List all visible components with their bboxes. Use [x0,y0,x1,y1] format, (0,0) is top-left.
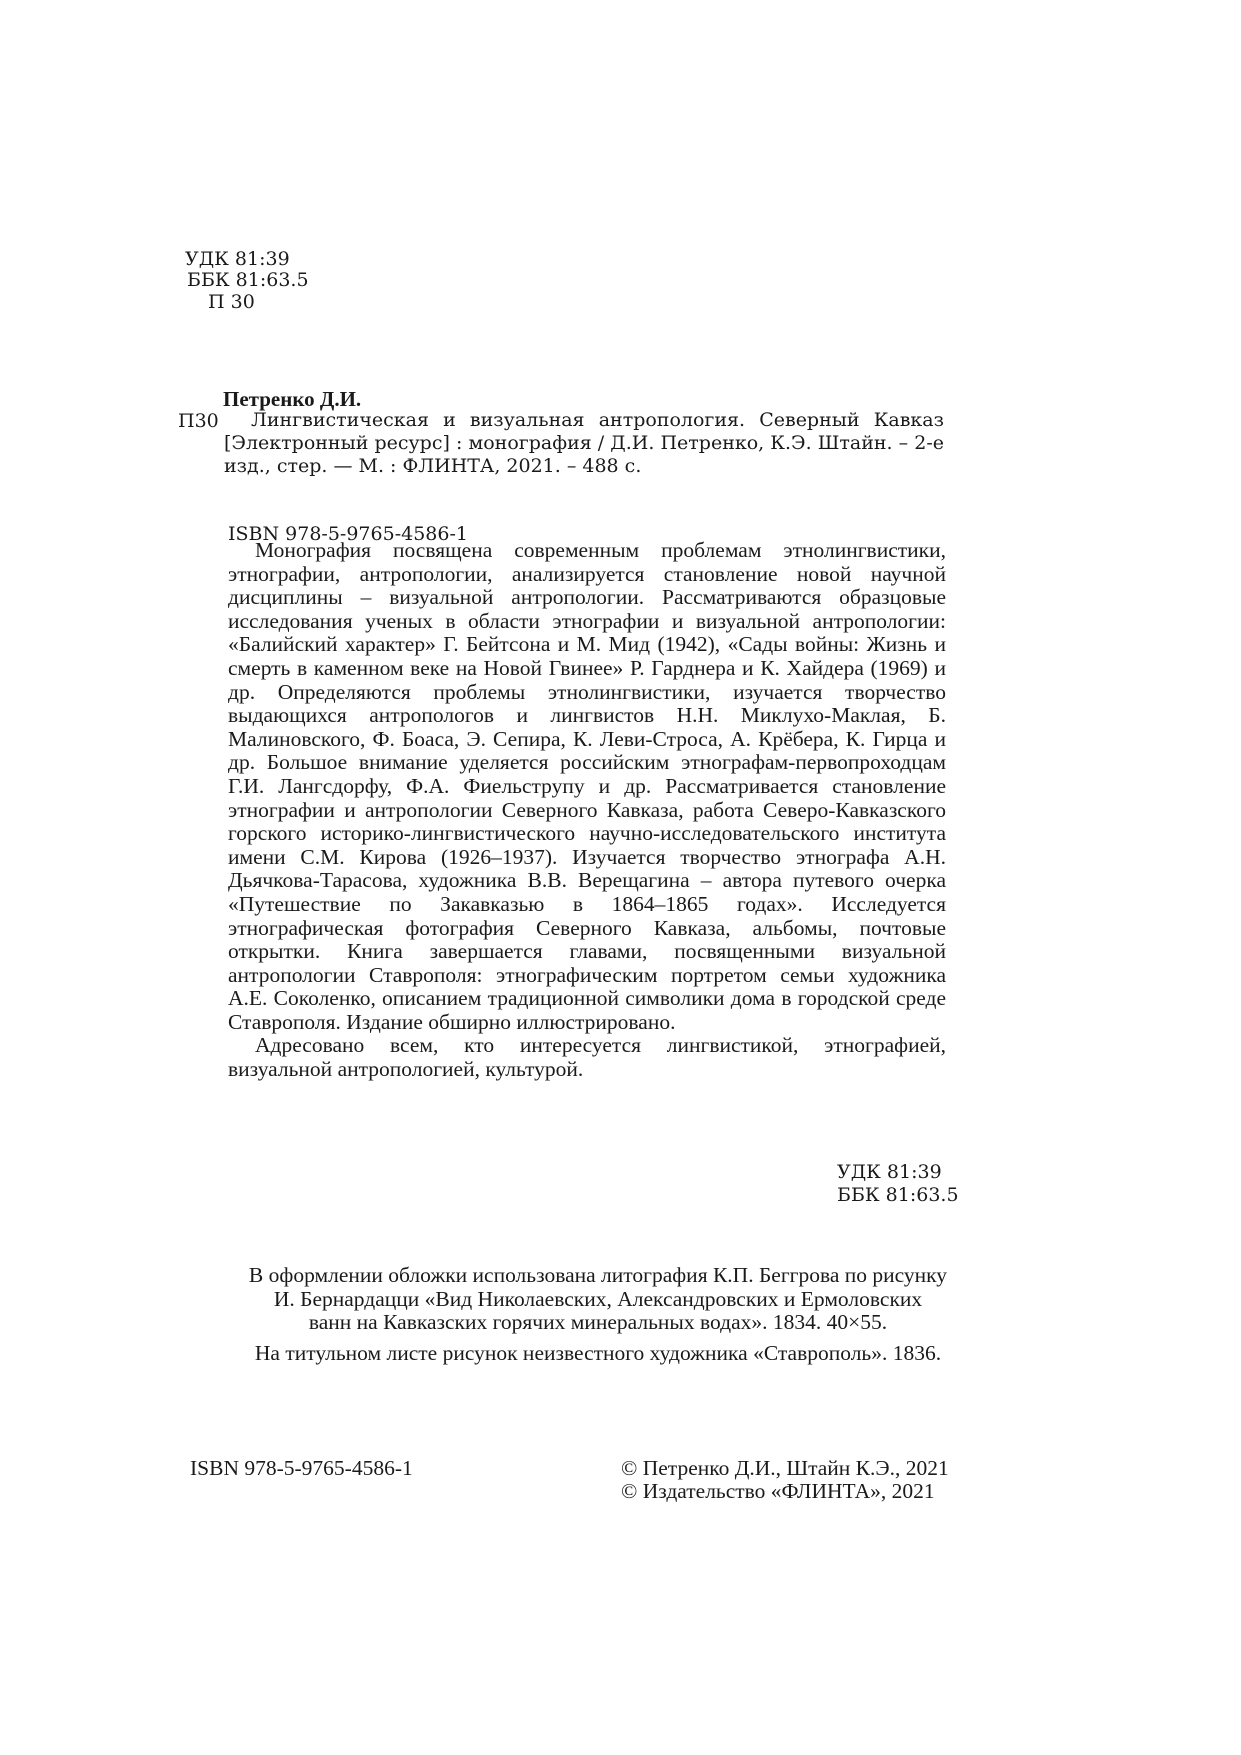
bbk-code-bottom: ББК 81:63.5 [837,1184,959,1206]
annotation-paragraph-audience: Адресовано всем, кто интересуется лингви… [228,1034,946,1081]
isbn-footer: ISBN 978-5-9765-4586-1 [190,1457,413,1481]
copyright-authors: © Петренко Д.И., Штайн К.Э., 2021 [621,1457,949,1481]
cover-note-line-3: ванн на Кавказских горячих минеральных в… [228,1311,968,1335]
margin-mark: П30 [178,410,219,432]
cover-note-line-1: В оформлении обложки использована литогр… [228,1264,968,1288]
annotation-paragraph-main: Монография посвящена современным проблем… [228,539,946,1034]
udk-code-bottom: УДК 81:39 [837,1161,942,1183]
copyright-publisher: © Издательство «ФЛИНТА», 2021 [621,1480,935,1504]
annotation: Монография посвящена современным проблем… [228,539,946,1082]
cover-note: В оформлении обложки использована литогр… [228,1264,968,1335]
bibliographic-description: Лингвистическая и визуальная антропологи… [224,409,944,478]
title-page-note: На титульном листе рисунок неизвестного … [228,1342,968,1366]
bbk-code-top: ББК 81:63.5 [187,269,309,291]
udk-code-top: УДК 81:39 [185,248,290,270]
cover-note-line-2: И. Бернардацци «Вид Николаевских, Алекса… [228,1288,968,1312]
author-mark: П 30 [208,291,255,313]
